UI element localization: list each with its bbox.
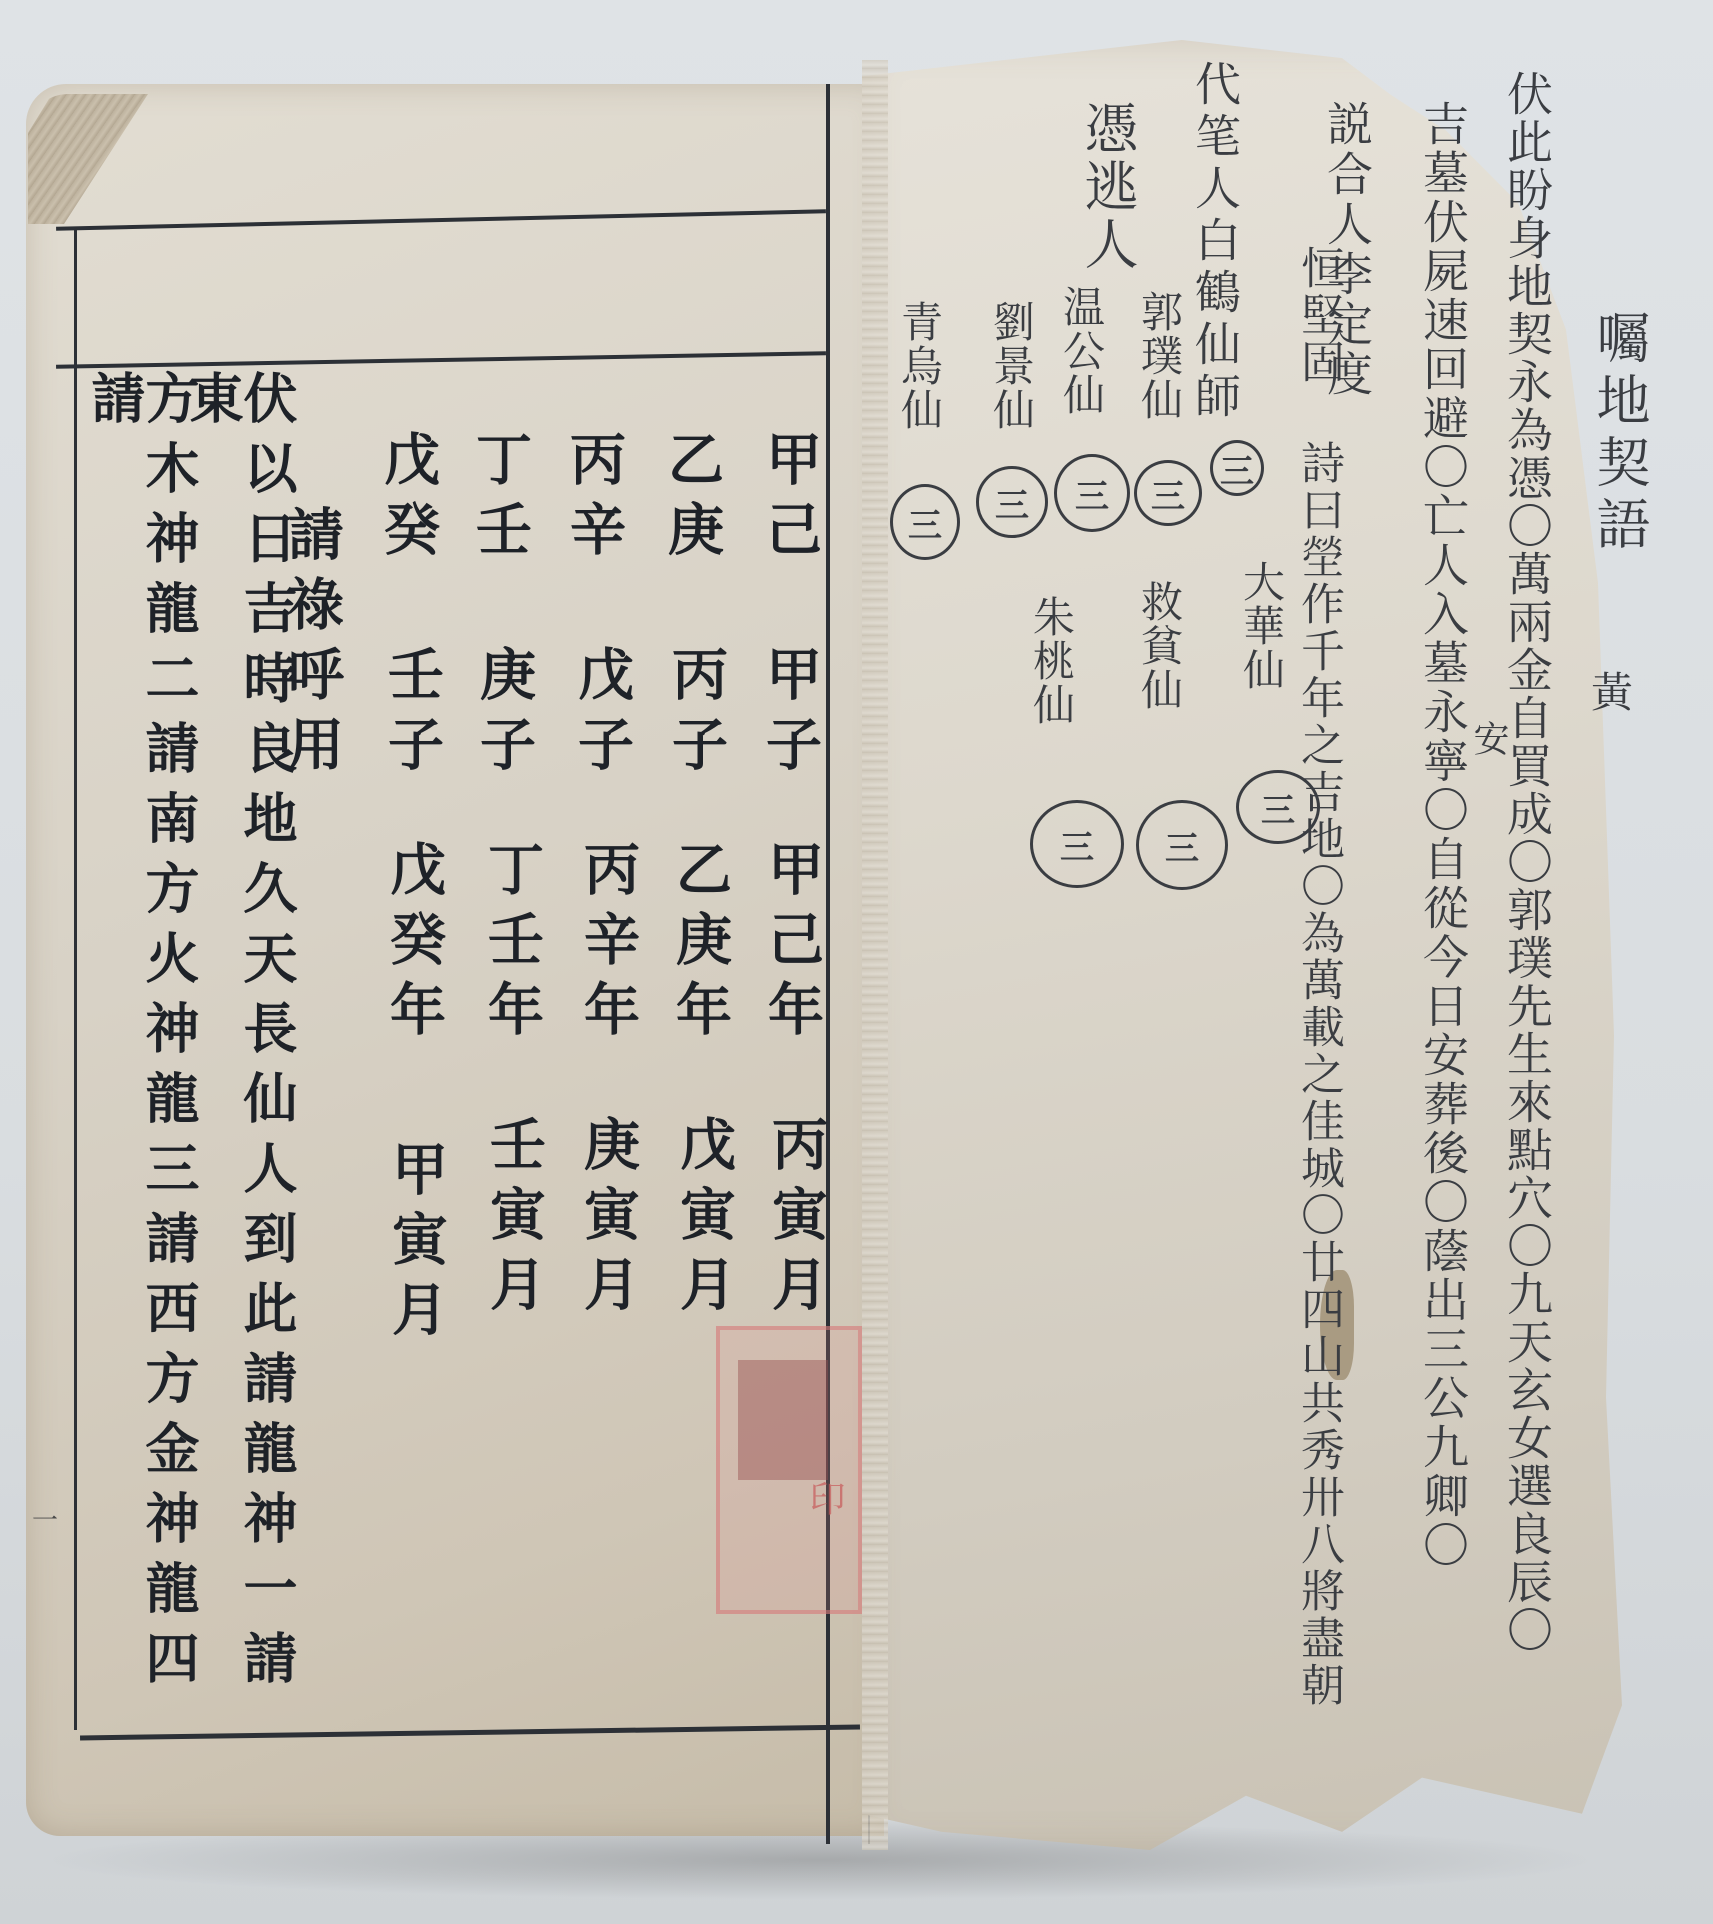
row-low-1: 甲己年	[764, 840, 820, 1050]
contract-column-1: 伏此盼身地契永為憑〇萬兩金自買成〇郭璞先生來點穴〇九天玄女選良辰〇	[1504, 70, 1550, 1770]
witness-jiupin-mark: 三	[1136, 800, 1228, 890]
contract-title: 囑地契語	[1592, 310, 1646, 558]
invocation-column-2: 方木神龍二請南方火神龍三請西方金神龍四請	[88, 370, 196, 1720]
contract-column-1-side-note: 安	[1470, 720, 1506, 758]
scribe-mark-circle: 三	[1210, 440, 1264, 496]
row-bottom-4: 壬寅月	[486, 1115, 542, 1325]
row-low-5: 戊癸年	[386, 840, 442, 1050]
page-marker: 一	[32, 1500, 58, 1537]
witness-guopu-mark: 三	[1134, 460, 1202, 526]
row-bottom-1: 丙寅月	[768, 1115, 824, 1325]
row-mid-4: 庚子	[476, 645, 532, 785]
invocation-column-1: 伏以日吉時良地久天長仙人到此請龍神一請東	[186, 370, 294, 1720]
row-top-4: 丁壬	[472, 430, 528, 570]
witness-qingwu-mark: 三	[890, 484, 960, 560]
row-top-2: 乙庚	[664, 430, 720, 570]
row-top-3: 丙辛	[566, 430, 622, 570]
left-border-rule	[74, 230, 77, 1730]
row-bottom-2: 戊寅月	[676, 1115, 732, 1325]
red-seal-stamp: 印	[716, 1326, 862, 1614]
witness-guopu-name: 郭璞仙	[1138, 290, 1180, 422]
row-top-1: 甲己	[762, 430, 818, 570]
row-mid-5: 壬子	[384, 645, 440, 785]
row-mid-3: 戊子	[574, 645, 630, 785]
contract-column-3: 恒堅固 詩曰塋作千年之吉地〇為萬載之佳城〇廿四山共秀卅八將盡朝	[1296, 245, 1340, 1745]
row-top-5: 戊癸	[380, 430, 436, 570]
witness-label: 憑逃人	[1080, 100, 1134, 274]
witness-liujing-mark: 三	[976, 466, 1048, 538]
seal-text: 印	[799, 1480, 850, 1520]
witness-qingwu-name: 青烏仙	[898, 300, 940, 432]
title-annotation: 黃	[1588, 670, 1630, 714]
row-low-3: 丙辛年	[580, 840, 636, 1050]
row-mid-1: 甲子	[762, 645, 818, 785]
witness-zhutao-name: 朱桃仙	[1030, 595, 1072, 727]
row-bottom-3: 庚寅月	[580, 1115, 636, 1325]
witness-wengong-mark: 三	[1054, 454, 1130, 532]
seal-dark-area	[738, 1360, 828, 1480]
row-bottom-5: 甲寅月	[388, 1140, 444, 1350]
row-low-4: 丁壬年	[484, 840, 540, 1050]
witness-dahua-mark: 三	[1236, 770, 1320, 844]
scribe-label: 代笔人白鶴仙師	[1192, 60, 1238, 424]
witness-zhutao-mark: 三	[1030, 800, 1124, 888]
witness-jiupin-name: 救貧仙	[1138, 580, 1180, 712]
row-low-2: 乙庚年	[672, 840, 728, 1050]
row-mid-2: 丙子	[668, 645, 724, 785]
witness-liujing-name: 劉景仙	[990, 300, 1032, 432]
contract-column-2: 吉墓伏屍速回避〇亡人入墓永寧〇自從今日安葬後〇蔭出三公九卿〇	[1420, 100, 1466, 1780]
witness-wengong-name: 温公仙	[1060, 285, 1102, 417]
witness-dahua-name: 大華仙	[1240, 560, 1282, 692]
book-spine-fold	[862, 60, 888, 1850]
